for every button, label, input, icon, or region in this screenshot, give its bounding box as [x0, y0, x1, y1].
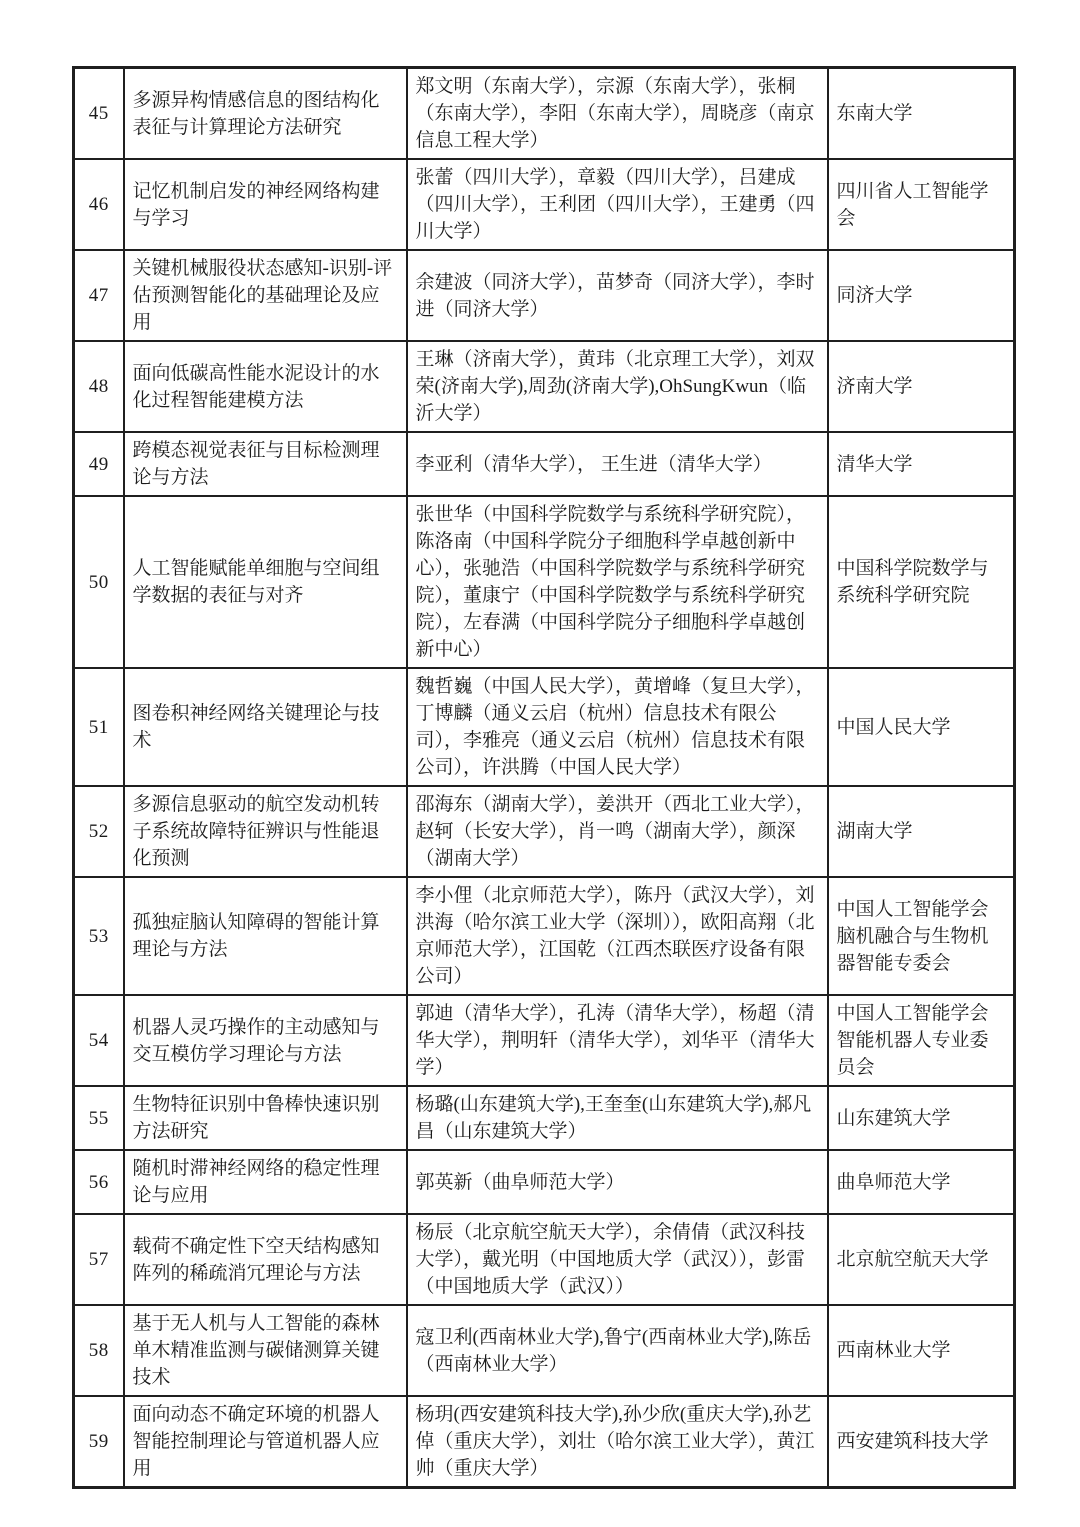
- project-title-cell: 面向动态不确定环境的机器人智能控制理论与管道机器人应用: [124, 1396, 407, 1488]
- authors-cell: 寇卫利(西南林业大学),鲁宁(西南林业大学),陈岳（西南林业大学）: [407, 1305, 828, 1396]
- row-number-cell: 45: [74, 68, 124, 160]
- row-number-cell: 56: [74, 1150, 124, 1214]
- authors-cell: 郑文明（东南大学），宗源（东南大学），张桐（东南大学），李阳（东南大学），周晓彦…: [407, 68, 828, 160]
- project-title-cell: 生物特征识别中鲁棒快速识别方法研究: [124, 1086, 407, 1150]
- recommending-org-cell: 中国人工智能学会脑机融合与生物机器智能专委会: [828, 877, 1015, 995]
- award-projects-table: 45 多源异构情感信息的图结构化表征与计算理论方法研究 郑文明（东南大学），宗源…: [72, 66, 1016, 1489]
- project-title-cell: 多源信息驱动的航空发动机转子系统故障特征辨识与性能退化预测: [124, 786, 407, 877]
- project-title-cell: 关键机械服役状态感知-识别-评估预测智能化的基础理论及应用: [124, 250, 407, 341]
- project-title-cell: 跨模态视觉表征与目标检测理论与方法: [124, 432, 407, 496]
- recommending-org-cell: 曲阜师范大学: [828, 1150, 1015, 1214]
- row-number-cell: 59: [74, 1396, 124, 1488]
- table-row: 55 生物特征识别中鲁棒快速识别方法研究 杨璐(山东建筑大学),王奎奎(山东建筑…: [74, 1086, 1015, 1150]
- project-title-cell: 基于无人机与人工智能的森林单木精准监测与碳储测算关键技术: [124, 1305, 407, 1396]
- recommending-org-cell: 湖南大学: [828, 786, 1015, 877]
- table-row: 54 机器人灵巧操作的主动感知与交互模仿学习理论与方法 郭迪（清华大学），孔涛（…: [74, 995, 1015, 1086]
- table-row: 52 多源信息驱动的航空发动机转子系统故障特征辨识与性能退化预测 邵海东（湖南大…: [74, 786, 1015, 877]
- table-row: 57 载荷不确定性下空天结构感知阵列的稀疏消冗理论与方法 杨辰（北京航空航天大学…: [74, 1214, 1015, 1305]
- row-number-cell: 57: [74, 1214, 124, 1305]
- table-row: 49 跨模态视觉表征与目标检测理论与方法 李亚利（清华大学）， 王生进（清华大学…: [74, 432, 1015, 496]
- table-row: 50 人工智能赋能单细胞与空间组学数据的表征与对齐 张世华（中国科学院数学与系统…: [74, 496, 1015, 668]
- recommending-org-cell: 四川省人工智能学会: [828, 159, 1015, 250]
- project-title-cell: 图卷积神经网络关键理论与技术: [124, 668, 407, 786]
- authors-cell: 邵海东（湖南大学），姜洪开（西北工业大学），赵轲（长安大学），肖一鸣（湖南大学）…: [407, 786, 828, 877]
- authors-cell: 余建波（同济大学），苗梦奇（同济大学），李时进（同济大学）: [407, 250, 828, 341]
- table-row: 59 面向动态不确定环境的机器人智能控制理论与管道机器人应用 杨玥(西安建筑科技…: [74, 1396, 1015, 1488]
- row-number-cell: 54: [74, 995, 124, 1086]
- authors-cell: 魏哲巍（中国人民大学），黄增峰（复旦大学），丁博麟（通义云启（杭州）信息技术有限…: [407, 668, 828, 786]
- project-title-cell: 多源异构情感信息的图结构化表征与计算理论方法研究: [124, 68, 407, 160]
- authors-cell: 李小俚（北京师范大学），陈丹（武汉大学），刘洪海（哈尔滨工业大学（深圳）），欧阳…: [407, 877, 828, 995]
- table-row: 53 孤独症脑认知障碍的智能计算理论与方法 李小俚（北京师范大学），陈丹（武汉大…: [74, 877, 1015, 995]
- row-number-cell: 49: [74, 432, 124, 496]
- recommending-org-cell: 西安建筑科技大学: [828, 1396, 1015, 1488]
- authors-cell: 杨玥(西安建筑科技大学),孙少欣(重庆大学),孙艺倬（重庆大学），刘壮（哈尔滨工…: [407, 1396, 828, 1488]
- authors-cell: 张世华（中国科学院数学与系统科学研究院），陈洛南（中国科学院分子细胞科学卓越创新…: [407, 496, 828, 668]
- row-number-cell: 46: [74, 159, 124, 250]
- table-row: 58 基于无人机与人工智能的森林单木精准监测与碳储测算关键技术 寇卫利(西南林业…: [74, 1305, 1015, 1396]
- project-title-cell: 机器人灵巧操作的主动感知与交互模仿学习理论与方法: [124, 995, 407, 1086]
- row-number-cell: 55: [74, 1086, 124, 1150]
- authors-cell: 杨璐(山东建筑大学),王奎奎(山东建筑大学),郝凡昌（山东建筑大学）: [407, 1086, 828, 1150]
- recommending-org-cell: 东南大学: [828, 68, 1015, 160]
- project-title-cell: 人工智能赋能单细胞与空间组学数据的表征与对齐: [124, 496, 407, 668]
- row-number-cell: 50: [74, 496, 124, 668]
- table-row: 45 多源异构情感信息的图结构化表征与计算理论方法研究 郑文明（东南大学），宗源…: [74, 68, 1015, 160]
- authors-cell: 郭迪（清华大学），孔涛（清华大学），杨超（清华大学），荆明轩（清华大学），刘华平…: [407, 995, 828, 1086]
- document-page: 45 多源异构情感信息的图结构化表征与计算理论方法研究 郑文明（东南大学），宗源…: [0, 0, 1080, 1527]
- row-number-cell: 48: [74, 341, 124, 432]
- row-number-cell: 52: [74, 786, 124, 877]
- recommending-org-cell: 西南林业大学: [828, 1305, 1015, 1396]
- row-number-cell: 47: [74, 250, 124, 341]
- recommending-org-cell: 中国人工智能学会智能机器人专业委员会: [828, 995, 1015, 1086]
- project-title-cell: 面向低碳高性能水泥设计的水化过程智能建模方法: [124, 341, 407, 432]
- authors-cell: 杨辰（北京航空航天大学），余倩倩（武汉科技大学），戴光明（中国地质大学（武汉））…: [407, 1214, 828, 1305]
- row-number-cell: 58: [74, 1305, 124, 1396]
- authors-cell: 郭英新（曲阜师范大学）: [407, 1150, 828, 1214]
- authors-cell: 李亚利（清华大学）， 王生进（清华大学）: [407, 432, 828, 496]
- recommending-org-cell: 同济大学: [828, 250, 1015, 341]
- table-row: 56 随机时滞神经网络的稳定性理论与应用 郭英新（曲阜师范大学） 曲阜师范大学: [74, 1150, 1015, 1214]
- project-title-cell: 载荷不确定性下空天结构感知阵列的稀疏消冗理论与方法: [124, 1214, 407, 1305]
- authors-cell: 张蕾（四川大学），章毅（四川大学），吕建成（四川大学），王利团（四川大学），王建…: [407, 159, 828, 250]
- table-row: 46 记忆机制启发的神经网络构建与学习 张蕾（四川大学），章毅（四川大学），吕建…: [74, 159, 1015, 250]
- recommending-org-cell: 济南大学: [828, 341, 1015, 432]
- project-title-cell: 随机时滞神经网络的稳定性理论与应用: [124, 1150, 407, 1214]
- table-row: 51 图卷积神经网络关键理论与技术 魏哲巍（中国人民大学），黄增峰（复旦大学），…: [74, 668, 1015, 786]
- row-number-cell: 51: [74, 668, 124, 786]
- table-row: 47 关键机械服役状态感知-识别-评估预测智能化的基础理论及应用 余建波（同济大…: [74, 250, 1015, 341]
- recommending-org-cell: 北京航空航天大学: [828, 1214, 1015, 1305]
- recommending-org-cell: 山东建筑大学: [828, 1086, 1015, 1150]
- table-row: 48 面向低碳高性能水泥设计的水化过程智能建模方法 王琳（济南大学），黄玮（北京…: [74, 341, 1015, 432]
- recommending-org-cell: 中国人民大学: [828, 668, 1015, 786]
- authors-cell: 王琳（济南大学），黄玮（北京理工大学），刘双荣(济南大学),周劲(济南大学),O…: [407, 341, 828, 432]
- project-title-cell: 孤独症脑认知障碍的智能计算理论与方法: [124, 877, 407, 995]
- recommending-org-cell: 清华大学: [828, 432, 1015, 496]
- recommending-org-cell: 中国科学院数学与系统科学研究院: [828, 496, 1015, 668]
- row-number-cell: 53: [74, 877, 124, 995]
- project-title-cell: 记忆机制启发的神经网络构建与学习: [124, 159, 407, 250]
